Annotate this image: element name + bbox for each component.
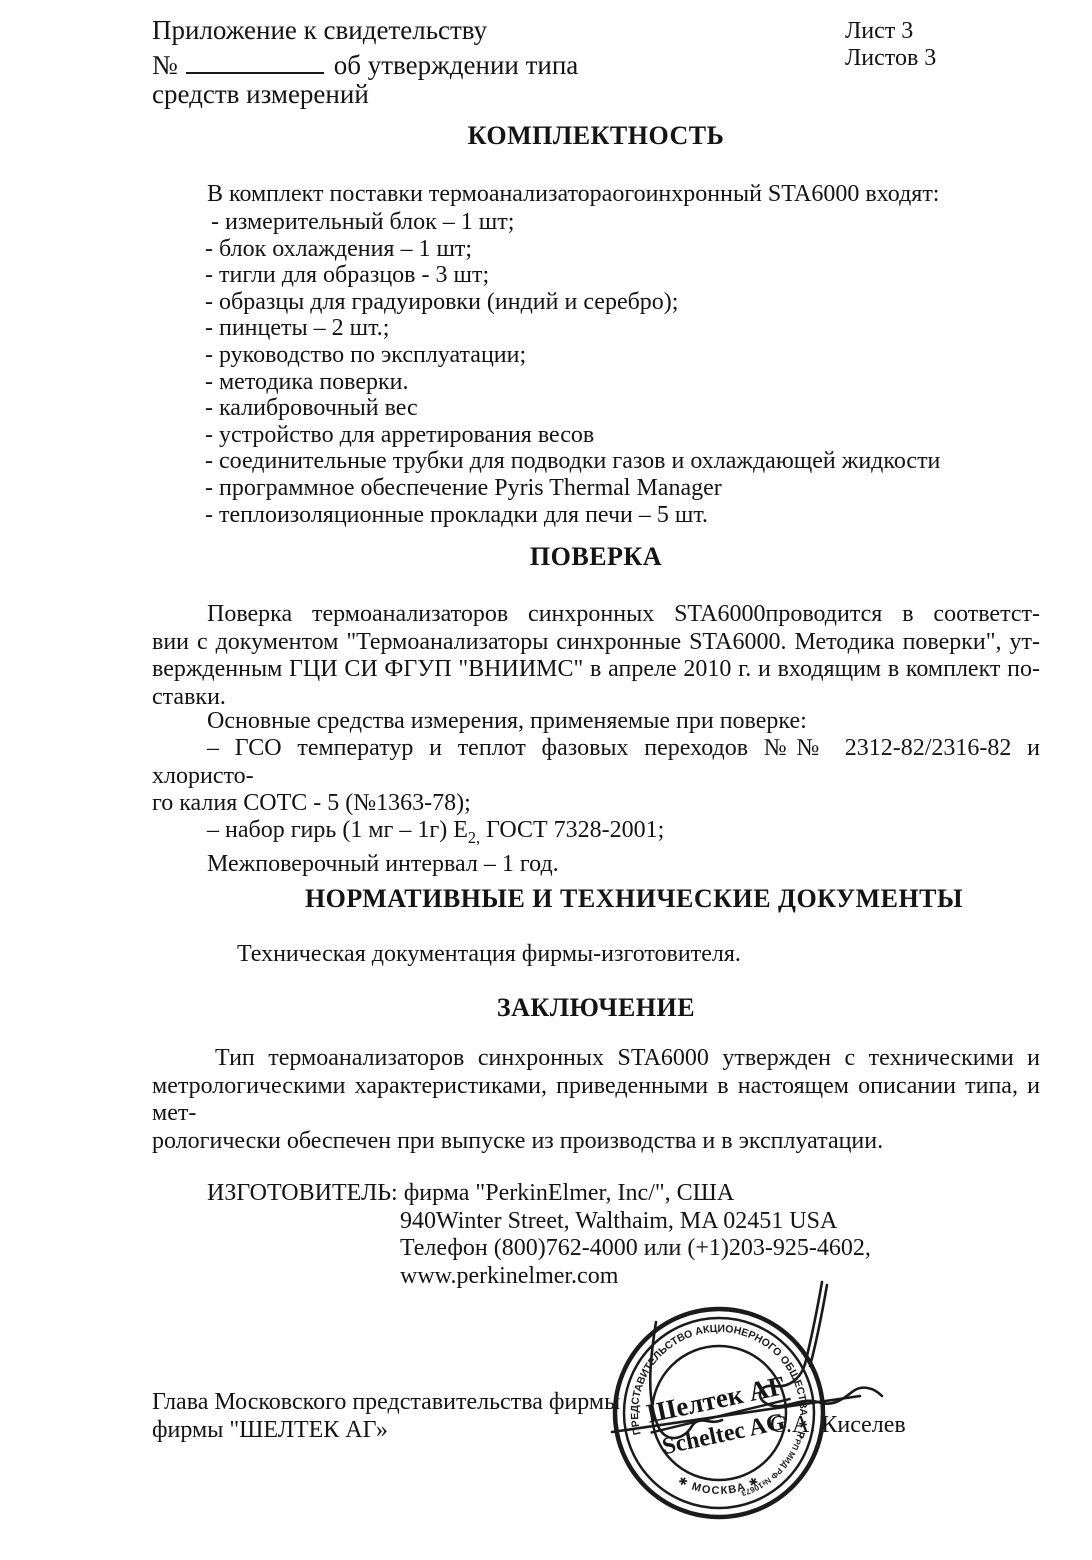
blank-underline <box>186 45 324 74</box>
signatory-title-block: Глава Московского представительства фирм… <box>152 1388 620 1445</box>
section-title-conclusion: ЗАКЛЮЧЕНИЕ <box>152 993 1040 1023</box>
weights-prefix: – набор гирь (1 мг – 1г) Е <box>207 817 468 843</box>
header-right-block: Лист 3 Листов 3 <box>845 18 936 72</box>
section-title-verification: ПОВЕРКА <box>152 542 1040 572</box>
sheet-number: Лист 3 <box>845 18 936 45</box>
means-intro: Основные средства измерения, применяемые… <box>152 708 1040 735</box>
manufacturer-address-block: 940Winter Street, Walthaim, MA 02451 USA… <box>400 1208 871 1290</box>
list-item: - теплоизоляционные прокладки для печи –… <box>205 502 1040 529</box>
address-line: Телефон (800)762-4000 или (+1)203-925-46… <box>400 1235 871 1262</box>
list-item: - пинцеты – 2 шт.; <box>205 315 1040 342</box>
stamp-center-group: Шелтек АГ Scheltec AG <box>644 1369 798 1462</box>
means-line-gso-1: – ГСО температур и теплот фазовых перехо… <box>152 735 1040 790</box>
interval-line: Межповерочный интервал – 1 год. <box>152 851 1040 878</box>
header-left-block: Приложение к свидетельству №об утвержден… <box>152 16 578 109</box>
means-line-weights: – набор гирь (1 мг – 1г) Е2, ГОСТ 7328-2… <box>152 817 1040 851</box>
paragraph-line: рологически обеспечен при выпуске из про… <box>152 1128 1040 1156</box>
list-item: - образцы для градуировки (индий и сереб… <box>205 289 1040 316</box>
signatory-line-1: Глава Московского представительства фирм… <box>152 1388 620 1416</box>
completeness-intro: В комплект поставки термоанализатораогои… <box>152 181 1040 208</box>
address-line: www.perkinelmer.com <box>400 1263 871 1290</box>
list-item: - программное обеспечение Pyris Thermal … <box>205 475 1040 502</box>
weights-subscript: 2, <box>468 828 480 847</box>
header-line-3: средств измерений <box>152 80 578 109</box>
paragraph-line: вержденным ГЦИ СИ ФГУП "ВНИИМС" в апреле… <box>152 656 1040 684</box>
section-title-normative: НОРМАТИВНЫЕ И ТЕХНИЧЕСКИЕ ДОКУМЕНТЫ <box>152 884 1040 914</box>
company-stamp: ПРЕДСТАВИТЕЛЬСТВО АКЦИОНЕРНОГО ОБЩЕСТВА … <box>608 1302 830 1524</box>
list-item: - методика поверки. <box>205 369 1040 396</box>
means-line-gso-2: го калия СОТС - 5 (№1363-78); <box>152 790 1040 817</box>
header-line-1: Приложение к свидетельству <box>152 16 578 45</box>
header-line-2-suffix: об утверждении типа <box>334 50 579 80</box>
header-number-sign: № <box>152 50 178 80</box>
completeness-list: - измерительный блок – 1 шт; - блок охла… <box>205 209 1040 528</box>
verification-means-block: Основные средства измерения, применяемые… <box>152 708 1040 879</box>
document-page: Приложение к свидетельству №об утвержден… <box>0 0 1092 1560</box>
conclusion-paragraph: Тип термоанализаторов синхронных STA6000… <box>152 1045 1040 1155</box>
paragraph-line: вии с документом "Термоанализаторы синхр… <box>152 629 1040 657</box>
list-item: - блок охлаждения – 1 шт; <box>205 236 1040 263</box>
list-item: - соединительные трубки для подводки газ… <box>205 448 1040 475</box>
signatory-line-2: фирмы "ШЕЛТЕК АГ» <box>152 1416 620 1444</box>
list-item: - руководство по эксплуатации; <box>205 342 1040 369</box>
normative-body: Техническая документация фирмы-изготовит… <box>152 941 1040 968</box>
paragraph-line: Тип термоанализаторов синхронных STA6000… <box>152 1045 1040 1073</box>
section-title-completeness: КОМПЛЕКТНОСТЬ <box>152 121 1040 151</box>
list-item: - калибровочный вес <box>205 395 1040 422</box>
verification-paragraph: Поверка термоанализаторов синхронных STA… <box>152 601 1040 711</box>
list-item: - измерительный блок – 1 шт; <box>205 209 1040 236</box>
list-item: - устройство для арретирования весов <box>205 422 1040 449</box>
paragraph-line: метрологическими характеристиками, приве… <box>152 1073 1040 1128</box>
paragraph-line: Поверка термоанализаторов синхронных STA… <box>152 601 1040 629</box>
list-item: - тигли для образцов - 3 шт; <box>205 262 1040 289</box>
manufacturer-label-line: ИЗГОТОВИТЕЛЬ: фирма "PerkinElmer, Inc/",… <box>207 1180 734 1207</box>
sheets-total: Листов 3 <box>845 45 936 72</box>
weights-suffix: ГОСТ 7328-2001; <box>480 817 664 843</box>
address-line: 940Winter Street, Walthaim, MA 02451 USA <box>400 1208 871 1235</box>
header-line-2: №об утверждении типа <box>152 45 578 80</box>
